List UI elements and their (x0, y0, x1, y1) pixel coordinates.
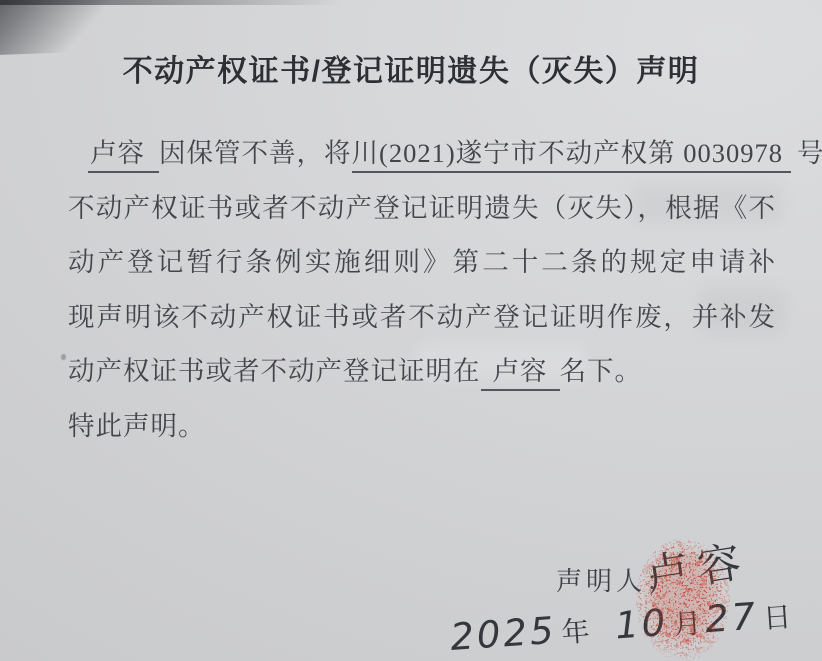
certificate-number-underlined: 川(2021)遂宁市不动产权第 0030978 (352, 138, 792, 173)
date-year: 2025 (449, 609, 558, 659)
photo-edge-shadow (0, 0, 340, 5)
line1-text: 因保管不善，将 (159, 138, 352, 168)
declaration-line-3: 动产登记暂行条例实施细则》第二十二条的规定申请补发， (68, 235, 776, 290)
declaration-line-2: 不动产权证书或者不动产登记证明遗失（灭失），根据《不 (68, 181, 776, 236)
declaration-line-4: 现声明该不动产权证书或者不动产登记证明作废，并补发不 (68, 290, 776, 345)
paper-speck (61, 354, 66, 360)
declaration-line-1: 卢容因保管不善，将川(2021)遂宁市不动产权第 0030978号 (68, 126, 776, 181)
line5-suffix: 名下。 (560, 356, 643, 386)
document-title: 不动产权证书/登记证明遗失（灭失）声明 (0, 46, 822, 90)
red-fingerprint-stamp (633, 538, 733, 661)
date-day-unit: 日 (762, 602, 792, 635)
date-year-unit: 年 (561, 616, 591, 649)
declaration-body: 卢容因保管不善，将川(2021)遂宁市不动产权第 0030978号 不动产权证书… (68, 126, 776, 453)
declarant-name-underlined: 卢容 (481, 356, 560, 391)
line1-suffix: 号 (797, 138, 822, 168)
scanned-declaration-document: 不动产权证书/登记证明遗失（灭失）声明 卢容因保管不善，将川(2021)遂宁市不… (0, 0, 822, 661)
declaration-line-5: 动产权证书或者不动产登记证明在卢容名下。 (68, 344, 776, 399)
declaration-line-6: 特此声明。 (68, 399, 776, 454)
handwritten-date: 2025年10月27日 (449, 592, 797, 659)
declarant-name-underlined: 卢容 (88, 138, 159, 173)
line5-prefix: 动产权证书或者不动产登记证明在 (68, 356, 481, 386)
